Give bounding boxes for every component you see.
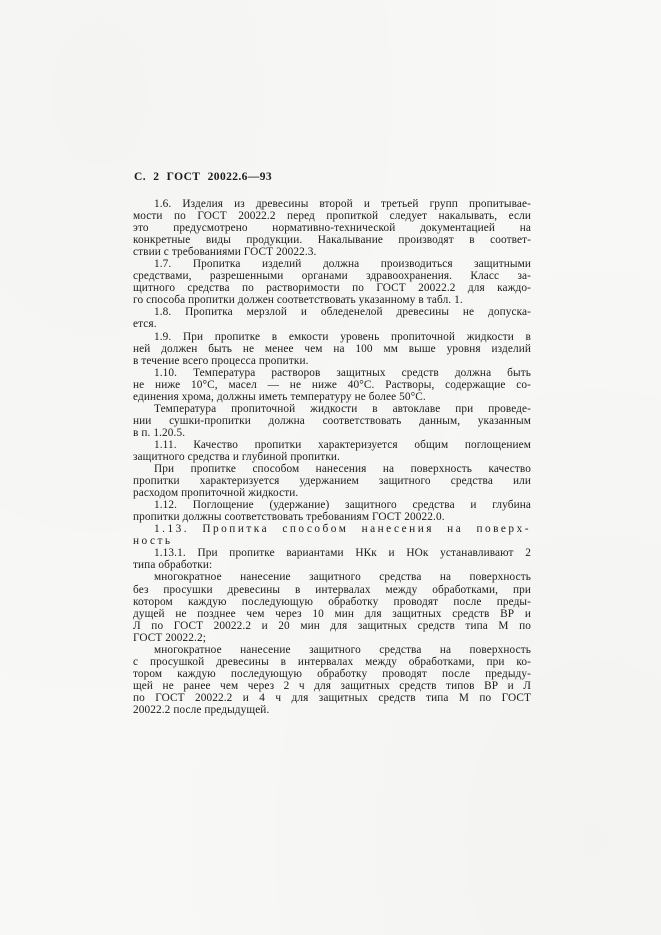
text-line: конкретные виды продукции. Накалывание п…: [133, 234, 531, 246]
text-line: При пропитке способом нанесения на повер…: [133, 463, 531, 475]
text-line: пропитки должны соответствовать требован…: [133, 511, 531, 523]
paragraph: 1.12. Поглощение (удержание) защитного с…: [133, 499, 531, 523]
paragraph: 1.13. Пропитка способом нанесения на пов…: [133, 523, 531, 547]
text-line: тором каждую последующую обработку прово…: [133, 668, 531, 680]
text-line: дущей не позднее чем через 10 мин для за…: [133, 608, 531, 620]
text-line: щей не ранее чем через 2 ч для защитных …: [133, 680, 531, 692]
paragraph: 1.6. Изделия из древесины второй и треть…: [133, 198, 531, 258]
text-line: 1.8. Пропитка мерзлой и обледенелой древ…: [133, 306, 531, 318]
text-line: многократное нанесение защитного средств…: [133, 644, 531, 656]
paragraph: многократное нанесение защитного средств…: [133, 571, 531, 643]
paragraph: 1.10. Температура растворов защитных сре…: [133, 367, 531, 403]
paragraph: многократное нанесение защитного средств…: [133, 644, 531, 716]
text-line: го способа пропитки должен соответствова…: [133, 294, 531, 306]
paragraph: 1.7. Пропитка изделий должна производить…: [133, 258, 531, 306]
text-line: 1.12. Поглощение (удержание) защитного с…: [133, 499, 531, 511]
document-body: 1.6. Изделия из древесины второй и треть…: [133, 198, 531, 716]
text-line: средствами, разрешенными органами здраво…: [133, 270, 531, 282]
scanned-document-page: С. 2 ГОСТ 20022.6—93 1.6. Изделия из дре…: [0, 0, 661, 935]
paragraph: 1.9. При пропитке в емкости уровень проп…: [133, 331, 531, 367]
paragraph: 1.13.1. При пропитке вариантами НКк и НО…: [133, 547, 531, 571]
paragraph: 1.11. Качество пропитки характеризуется …: [133, 439, 531, 463]
running-header: С. 2 ГОСТ 20022.6—93: [134, 171, 272, 183]
text-line: Температура пропиточной жидкости в авток…: [133, 403, 531, 415]
text-line: щитного средства по растворимости по ГОС…: [133, 282, 531, 294]
text-line: в п. 1.20.5.: [133, 427, 531, 439]
text-line: с просушкой древесины в интервалах между…: [133, 656, 531, 668]
text-line: ется.: [133, 318, 531, 330]
text-line: 1.13. Пропитка способом нанесения на пов…: [133, 523, 531, 535]
text-line: Л по ГОСТ 20022.2 и 20 мин для защитных …: [133, 620, 531, 632]
text-line: многократное нанесение защитного средств…: [133, 571, 531, 583]
text-line: ствии с требованиями ГОСТ 20022.3.: [133, 246, 531, 258]
text-line: пропитки характеризуется удержанием защи…: [133, 475, 531, 487]
text-line: единения хрома, должны иметь температуру…: [133, 391, 531, 403]
paragraph: 1.8. Пропитка мерзлой и обледенелой древ…: [133, 306, 531, 330]
text-line: 20022.2 после предыдущей.: [133, 704, 531, 716]
paragraph: Температура пропиточной жидкости в авток…: [133, 403, 531, 439]
text-line: ГОСТ 20022.2;: [133, 632, 531, 644]
text-line: мости по ГОСТ 20022.2 перед пропиткой сл…: [133, 210, 531, 222]
text-line: в течение всего процесса пропитки.: [133, 355, 531, 367]
text-line: 1.7. Пропитка изделий должна производить…: [133, 258, 531, 270]
text-line: 1.13.1. При пропитке вариантами НКк и НО…: [133, 547, 531, 559]
text-line: без просушки древесины в интервалах межд…: [133, 584, 531, 596]
text-line: нии сушки-пропитки должна соответствоват…: [133, 415, 531, 427]
text-line: по ГОСТ 20022.2 и 4 ч для защитных средс…: [133, 692, 531, 704]
text-line: расходом пропиточной жидкости.: [133, 487, 531, 499]
text-line: это предусмотрено нормативно-технической…: [133, 222, 531, 234]
text-line: 1.9. При пропитке в емкости уровень проп…: [133, 331, 531, 343]
text-line: ность: [133, 535, 531, 547]
text-line: ней должен быть не менее чем на 100 мм в…: [133, 343, 531, 355]
text-line: котором каждую последующую обработку про…: [133, 596, 531, 608]
text-line: 1.6. Изделия из древесины второй и треть…: [133, 198, 531, 210]
text-line: 1.10. Температура растворов защитных сре…: [133, 367, 531, 379]
text-line: защитного средства и глубиной пропитки.: [133, 451, 531, 463]
text-line: типа обработки:: [133, 559, 531, 571]
paragraph: При пропитке способом нанесения на повер…: [133, 463, 531, 499]
text-line: не ниже 10°С, масел — не ниже 40°С. Раст…: [133, 379, 531, 391]
text-line: 1.11. Качество пропитки характеризуется …: [133, 439, 531, 451]
